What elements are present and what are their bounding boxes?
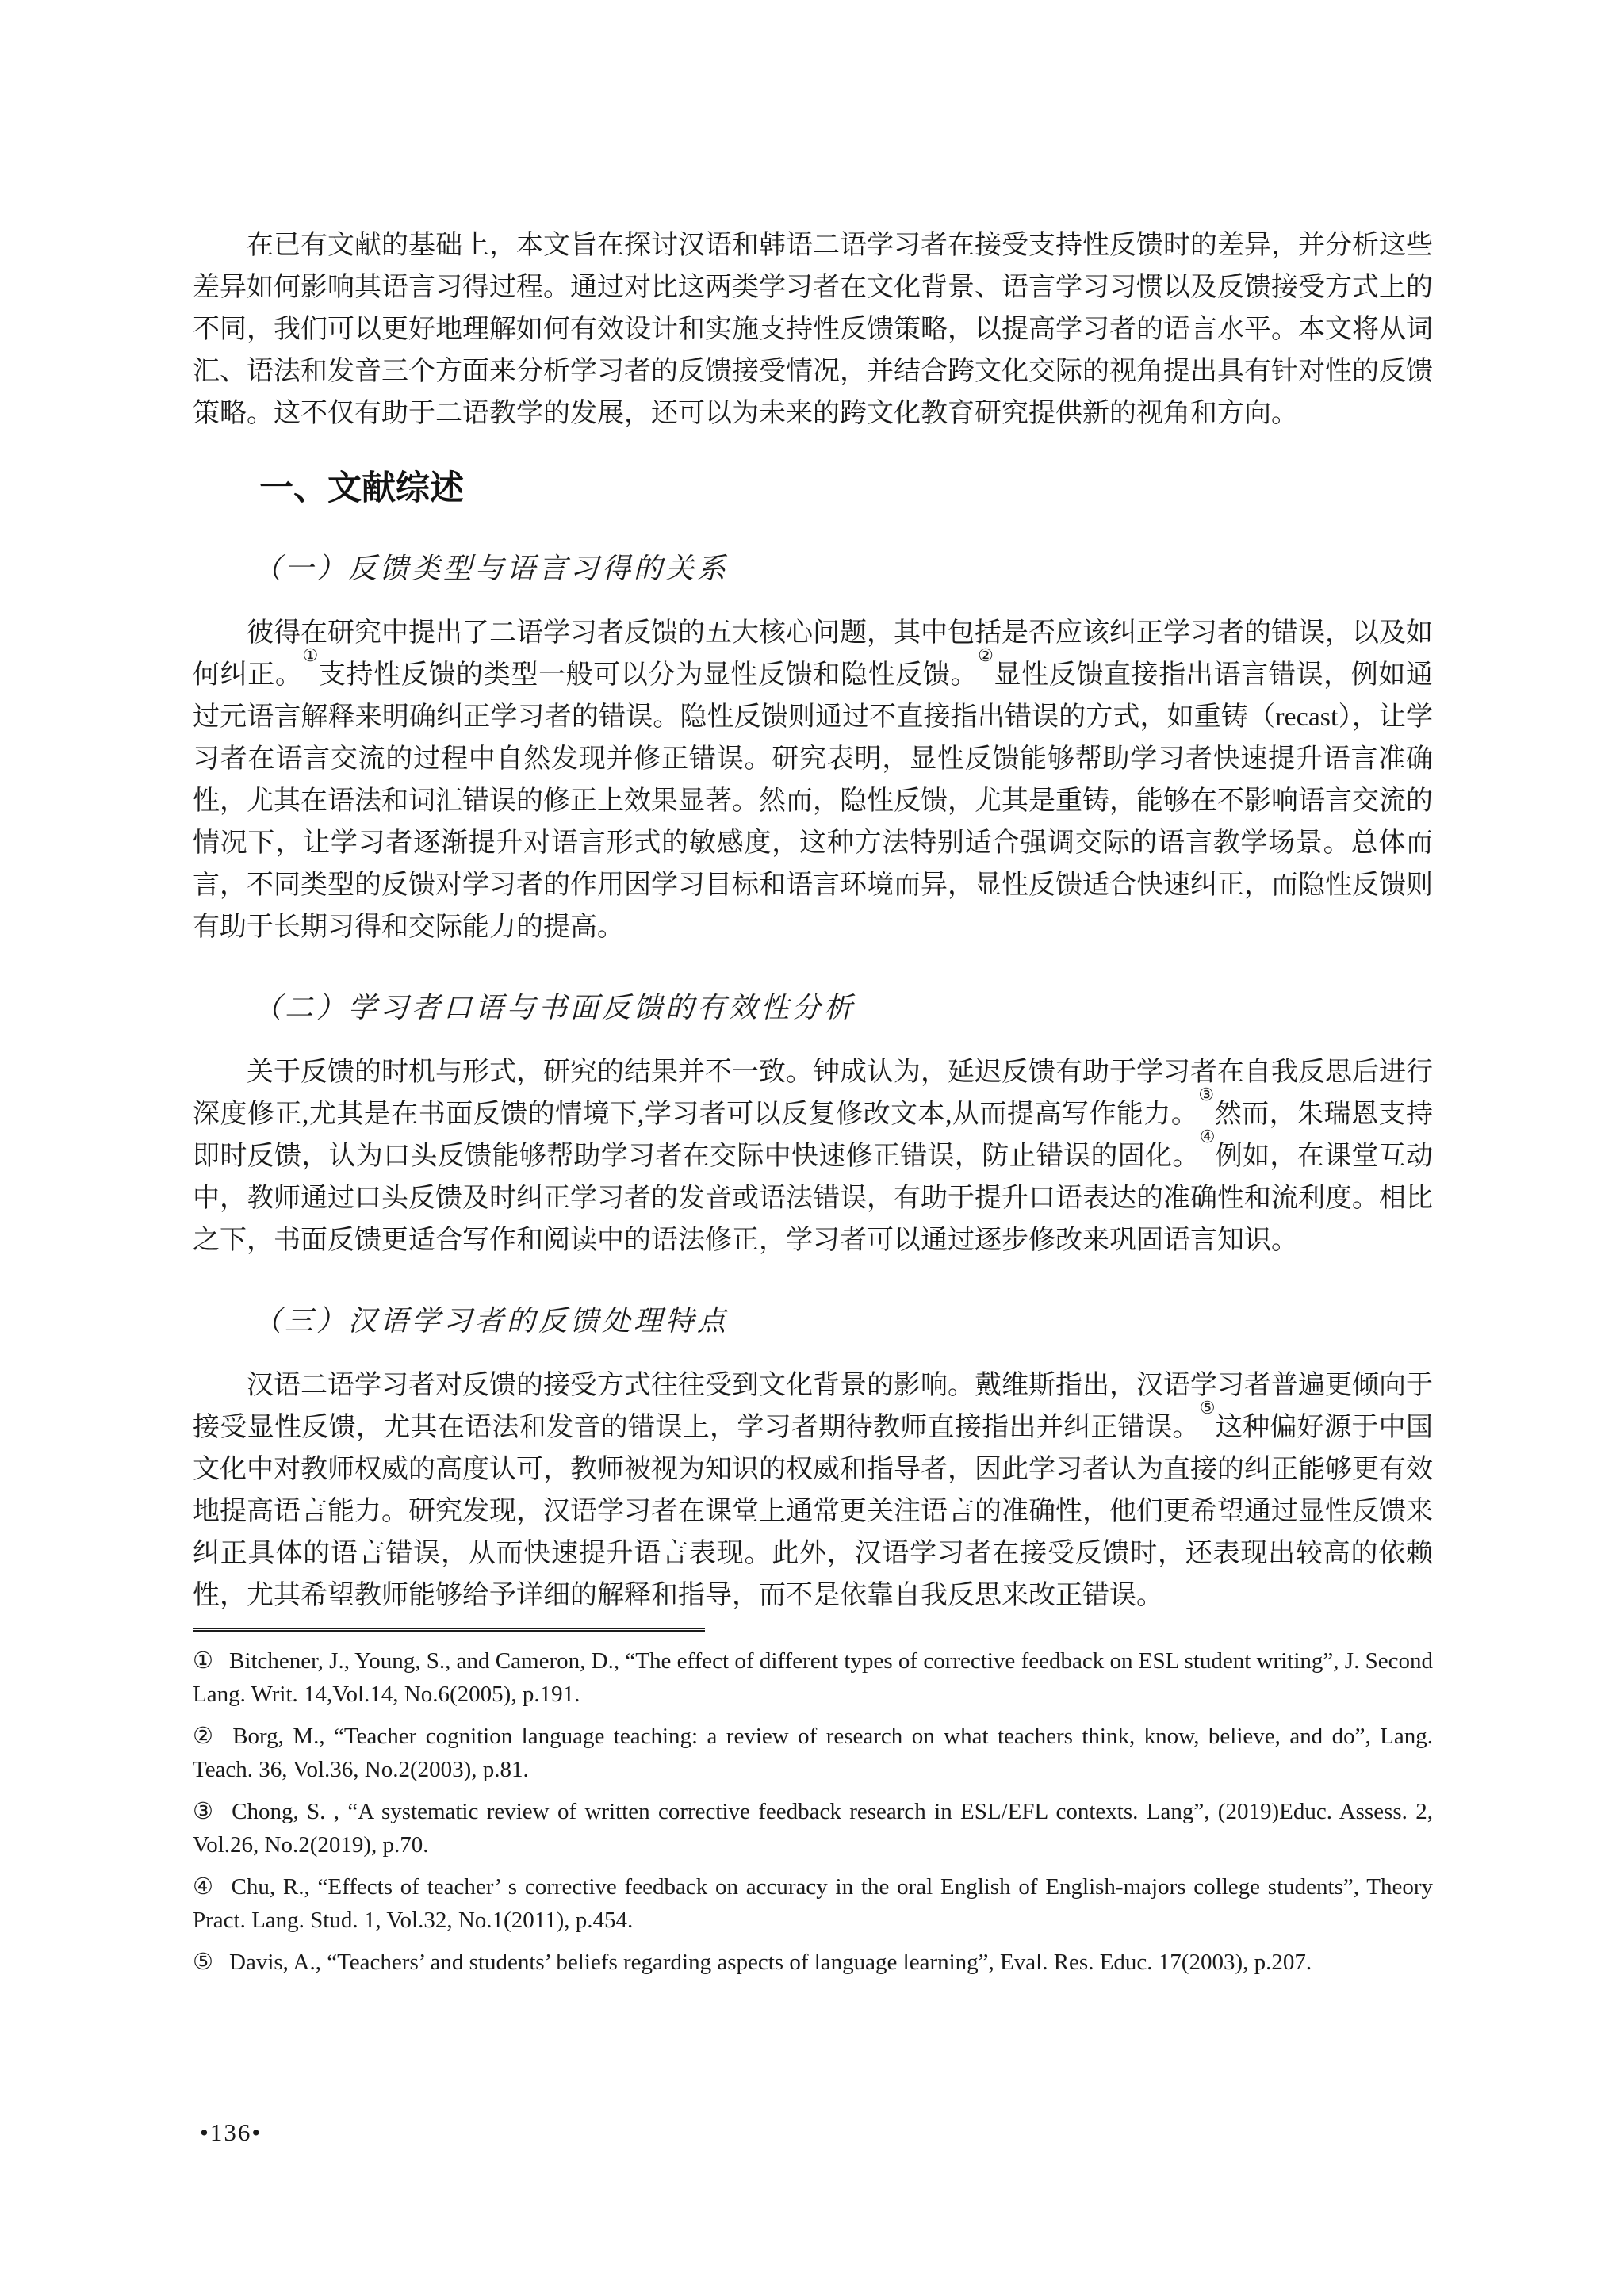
text-run: 这种偏好源于中国文化中对教师权威的高度认可，教师被视为知识的权威和指导者，因此学… [193, 1413, 1433, 1610]
subsection-heading-1: （一）反馈类型与语言习得的关系 [193, 550, 1433, 587]
section-heading: 一、文献综述 [193, 468, 1433, 509]
footnote-ref-2: ② [978, 645, 994, 665]
page-content: 在已有文献的基础上，本文旨在探讨汉语和韩语二语学习者在接受支持性反馈时的差异，并… [193, 224, 1433, 1988]
footnote-2-text: Borg, M., “Teacher cognition language te… [193, 1724, 1433, 1782]
page-number: •136• [200, 2118, 262, 2147]
footnote-separator [193, 1628, 705, 1632]
paragraph-subsection-1: 彼得在研究中提出了二语学习者反馈的五大核心问题，其中包括是否应该纠正学习者的错误… [193, 612, 1433, 948]
footnote-4-text: Chu, R., “Effects of teacher’ s correcti… [193, 1874, 1433, 1933]
footnote-5-text: Davis, A., “Teachers’ and students’ beli… [229, 1950, 1312, 1975]
footnote-4-marker: ④ [193, 1874, 216, 1900]
footnote-ref-3: ③ [1198, 1085, 1214, 1104]
document-page: 在已有文献的基础上，本文旨在探讨汉语和韩语二语学习者在接受支持性反馈时的差异，并… [0, 0, 1624, 2296]
subsection-heading-3: （三）汉语学习者的反馈处理特点 [193, 1303, 1433, 1339]
paragraph-subsection-2: 关于反馈的时机与形式，研究的结果并不一致。钟成认为，延迟反馈有助于学习者在自我反… [193, 1051, 1433, 1261]
subsection-heading-2: （二）学习者口语与书面反馈的有效性分析 [193, 989, 1433, 1026]
footnote-ref-4: ④ [1200, 1127, 1216, 1146]
footnote-3-text: Chong, S. , “A systematic review of writ… [193, 1799, 1433, 1858]
footnote-5-marker: ⑤ [193, 1950, 213, 1975]
footnote-3: ③Chong, S. , “A systematic review of wri… [193, 1795, 1433, 1862]
footnote-4: ④Chu, R., “Effects of teacher’ s correct… [193, 1870, 1433, 1937]
text-run: 显性反馈直接指出语言错误，例如通过元语言解释来明确纠正学习者的错误。隐性反馈则通… [193, 660, 1433, 942]
footnote-2-marker: ② [193, 1724, 216, 1749]
footnote-2: ②Borg, M., “Teacher cognition language t… [193, 1720, 1433, 1786]
footnote-1-marker: ① [193, 1648, 213, 1674]
text-run: 支持性反馈的类型一般可以分为显性反馈和隐性反馈。 [319, 660, 978, 690]
footnote-ref-5: ⑤ [1200, 1398, 1216, 1418]
footnote-3-marker: ③ [193, 1799, 216, 1824]
footnote-ref-1: ① [303, 645, 319, 665]
footnote-1: ①Bitchener, J., Young, S., and Cameron, … [193, 1644, 1433, 1711]
footnote-1-text: Bitchener, J., Young, S., and Cameron, D… [193, 1648, 1433, 1707]
footnotes-block: ①Bitchener, J., Young, S., and Cameron, … [193, 1644, 1433, 1979]
paragraph-intro: 在已有文献的基础上，本文旨在探讨汉语和韩语二语学习者在接受支持性反馈时的差异，并… [193, 224, 1433, 434]
paragraph-subsection-3: 汉语二语学习者对反馈的接受方式往往受到文化背景的影响。戴维斯指出，汉语学习者普遍… [193, 1364, 1433, 1617]
footnote-5: ⑤Davis, A., “Teachers’ and students’ bel… [193, 1946, 1433, 1979]
